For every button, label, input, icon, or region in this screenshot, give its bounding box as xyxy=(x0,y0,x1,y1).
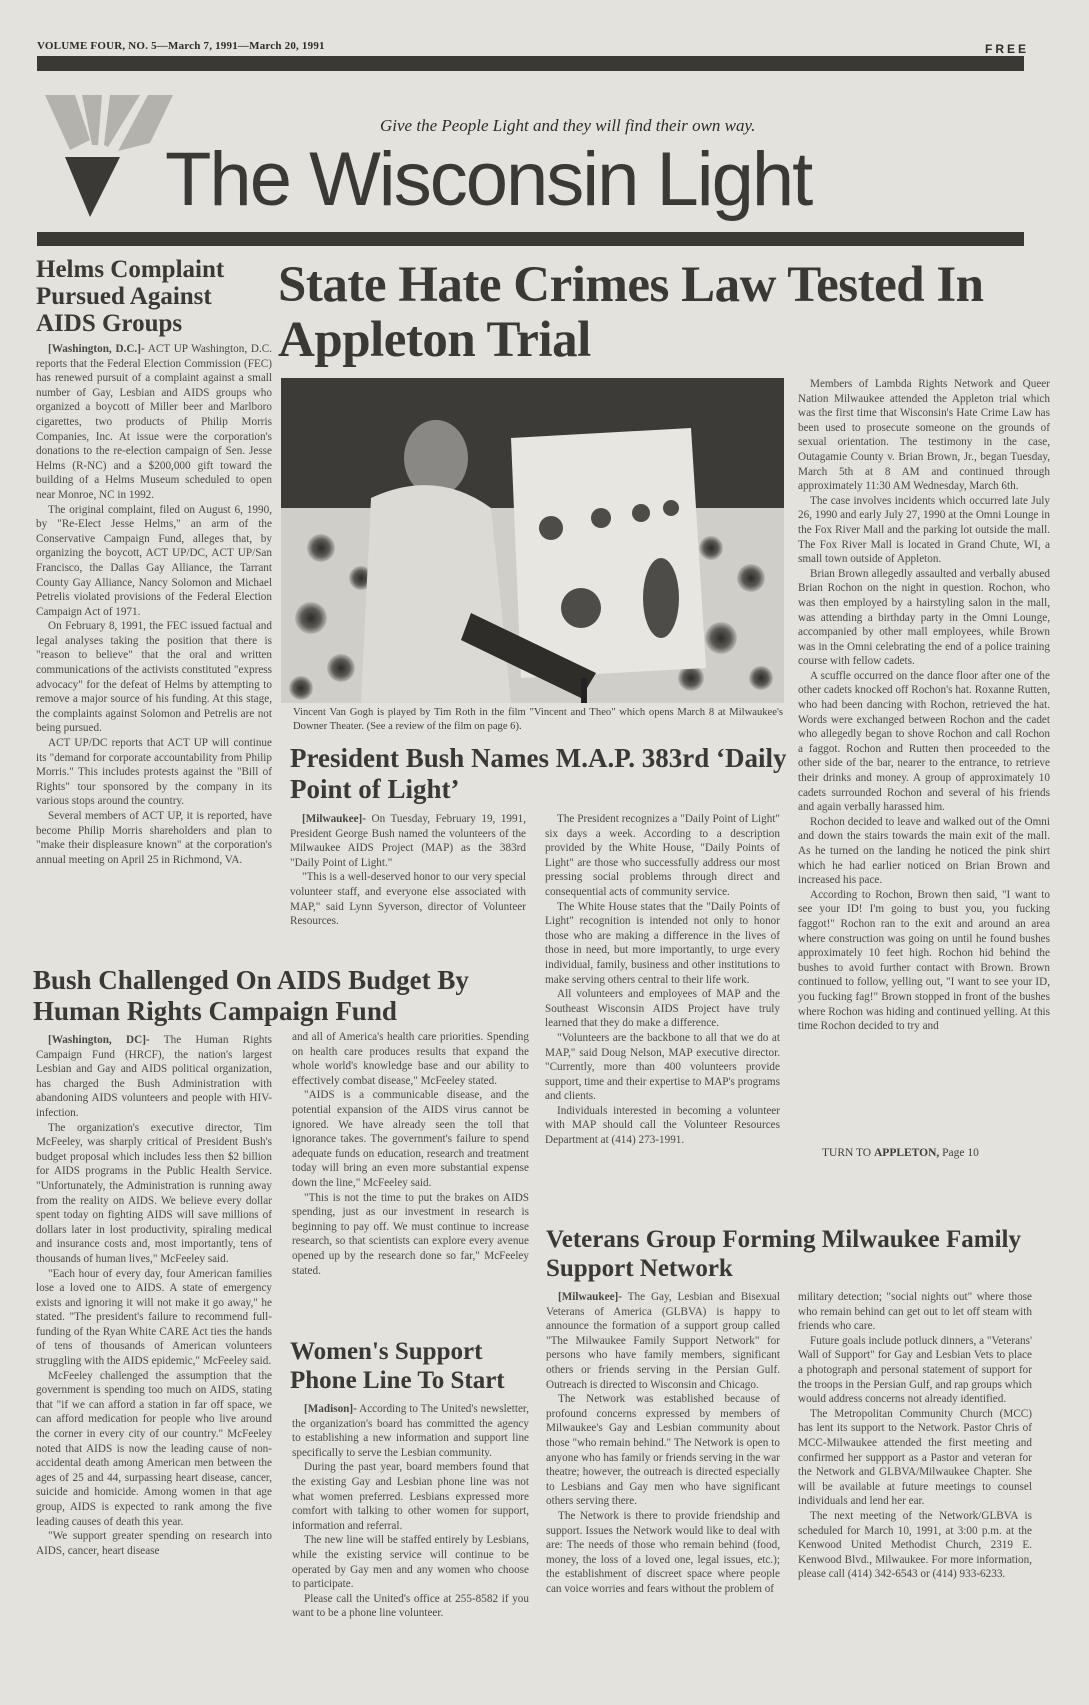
headline-womens-support-line: Women's Support Phone Line To Start xyxy=(290,1337,540,1395)
headline-hate-crimes: State Hate Crimes Law Tested In Appleton… xyxy=(278,258,1058,368)
headline-bush-map: President Bush Names M.A.P. 383rd ‘Daily… xyxy=(290,743,790,805)
article-helms-body: [Washington, D.C.]- ACT UP Washington, D… xyxy=(36,342,272,867)
price-label: FREE xyxy=(985,42,1029,56)
photo-caption: Vincent Van Gogh is played by Tim Roth i… xyxy=(293,706,783,734)
dateline: [Milwaukee]- xyxy=(558,1291,622,1303)
headline-veterans-network: Veterans Group Forming Milwaukee Family … xyxy=(546,1225,1056,1283)
article-bush-aids-col1: [Washington, DC]- The Human Rights Campa… xyxy=(36,1033,272,1558)
article-bush-map-col2: The President recognizes a "Daily Point … xyxy=(545,812,780,1148)
dateline: [Milwaukee]- xyxy=(302,813,366,825)
article-veterans-col2: military detection; "social nights out" … xyxy=(798,1290,1032,1582)
dateline: [Washington, DC]- xyxy=(48,1034,150,1046)
masthead-title: The Wisconsin Light xyxy=(165,142,811,218)
article-bush-aids-col2: and all of America's health care priorit… xyxy=(292,1030,529,1278)
photo-illustration xyxy=(281,378,784,703)
article-bush-map-col1: [Milwaukee]- On Tuesday, February 19, 19… xyxy=(290,812,526,929)
article-womens-line-body: [Madison]- According to The United's new… xyxy=(292,1402,529,1621)
photo-van-gogh-painting xyxy=(281,378,784,703)
headline-bush-aids-budget: Bush Challenged On AIDS Budget By Human … xyxy=(33,965,553,1027)
tagline: Give the People Light and they will find… xyxy=(380,116,755,136)
top-rule xyxy=(37,56,1024,71)
dateline: [Madison]- xyxy=(304,1403,357,1415)
jump-line-appleton[interactable]: TURN TO APPLETON, Page 10 xyxy=(822,1147,979,1159)
article-hate-crimes-body: Members of Lambda Rights Network and Que… xyxy=(798,377,1050,1034)
headline-helms: Helms Complaint Pursued Against AIDS Gro… xyxy=(36,256,276,337)
volume-issue-line: VOLUME FOUR, NO. 5—March 7, 1991—March 2… xyxy=(37,40,325,52)
article-veterans-col1: [Milwaukee]- The Gay, Lesbian and Bisexu… xyxy=(546,1290,780,1596)
masthead-rule xyxy=(37,232,1024,246)
dateline: [Washington, D.C.]- xyxy=(48,343,145,355)
light-beam-triangle-icon xyxy=(40,95,175,220)
